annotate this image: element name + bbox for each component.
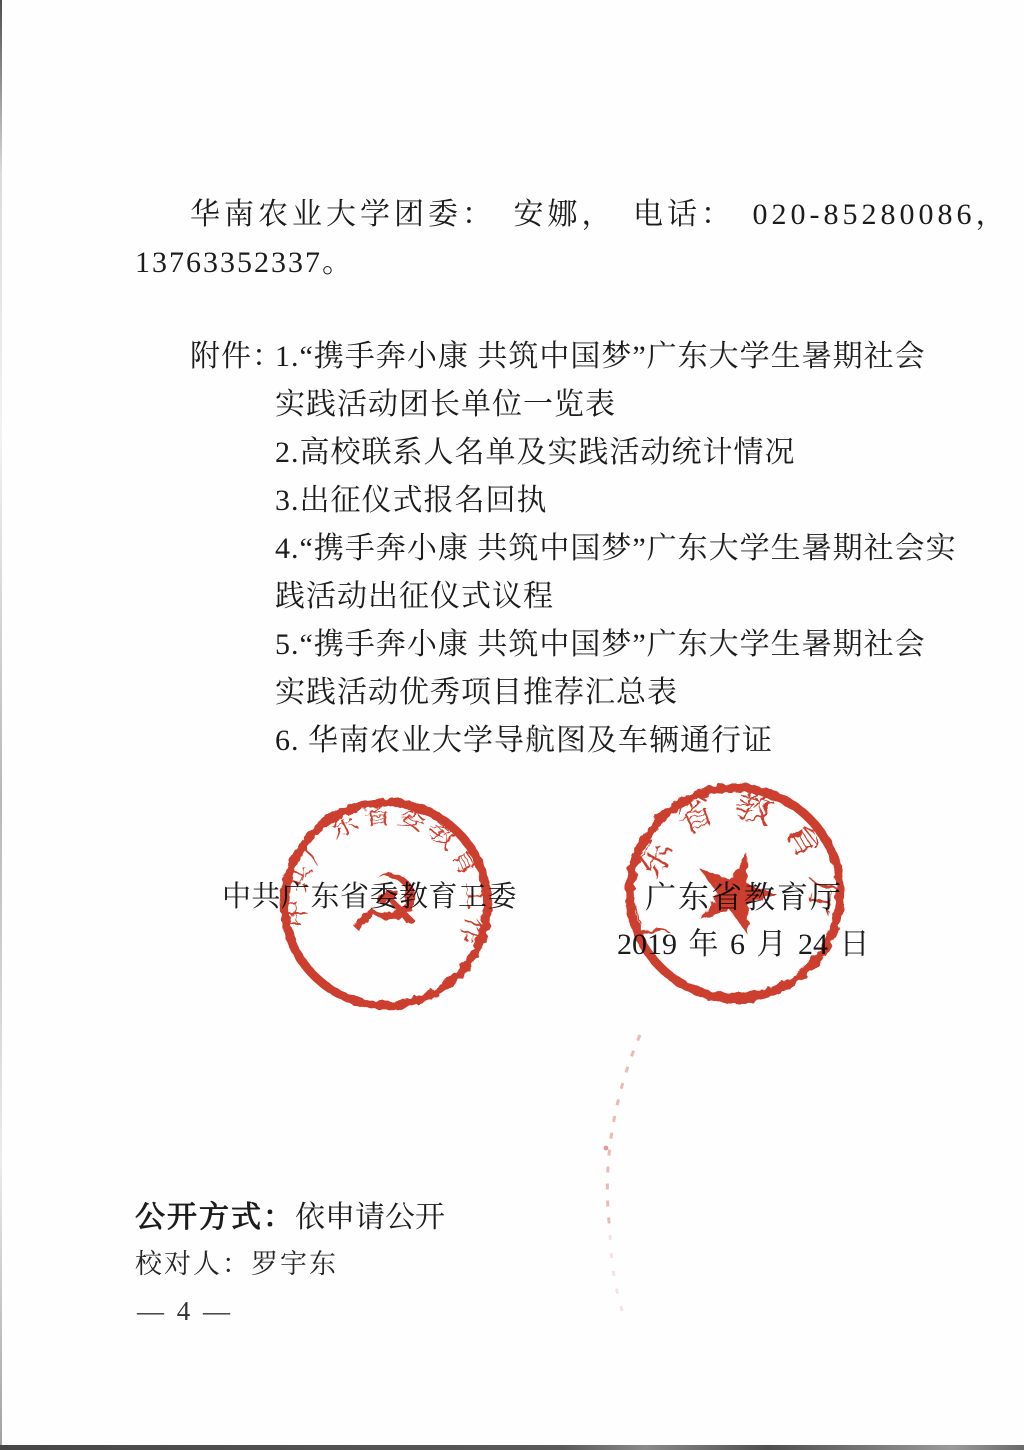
- residue-arc-faint: [610, 1235, 626, 1322]
- residue-dot: [604, 1146, 609, 1151]
- attachment-line: 2.高校联系人名单及实践活动统计情况: [275, 429, 957, 477]
- attachment-line: 践活动出征仪式议程: [275, 573, 957, 621]
- proofreader-label: 校对人：: [135, 1249, 251, 1279]
- attachment-line: 5.“携手奔小康 共筑中国梦”广东大学生暑期社会: [275, 621, 957, 669]
- contact-line-2: 13763352337。: [135, 239, 1010, 287]
- attachments-list: 1.“携手奔小康 共筑中国梦”广东大学生暑期社会 实践活动团长单位一览表 2.高…: [275, 333, 957, 765]
- attachment-line: 实践活动优秀项目推荐汇总表: [275, 669, 957, 717]
- attachments-label: 附件：: [190, 333, 283, 381]
- proofreader-value: 罗宇东: [251, 1249, 338, 1279]
- attachment-line: 6. 华南农业大学导航图及车辆通行证: [275, 717, 957, 765]
- proofreader-line: 校对人：罗宇东: [135, 1242, 338, 1281]
- disclosure-line: 公开方式：依申请公开: [135, 1192, 445, 1236]
- contact-line-1: 华南农业大学团委： 安娜， 电话： 020-85280086，: [135, 191, 1010, 239]
- attachment-line: 3.出征仪式报名回执: [275, 477, 957, 525]
- attachment-line: 实践活动团长单位一览表: [275, 381, 957, 429]
- residue-arc: [607, 1035, 640, 1230]
- attachment-line: 4.“携手奔小康 共筑中国梦”广东大学生暑期社会实: [275, 525, 957, 573]
- scan-edge-left: [0, 0, 2, 1450]
- disclosure-value: 依申请公开: [295, 1201, 445, 1234]
- attachment-line: 1.“携手奔小康 共筑中国梦”广东大学生暑期社会: [275, 333, 957, 381]
- hammer-sickle-icon: ☭: [341, 852, 430, 961]
- page-number: — 4 —: [137, 1296, 233, 1327]
- scan-edge-bottom: [0, 1445, 1024, 1450]
- contact-paragraph: 华南农业大学团委： 安娜， 电话： 020-85280086， 13763352…: [135, 191, 1010, 287]
- disclosure-label: 公开方式：: [135, 1201, 295, 1234]
- official-seal-left: 中共广东省委教育工作委员会 ☭: [270, 788, 502, 1020]
- faint-stamp-residue: [540, 1030, 840, 1330]
- official-seal-right: 广东省教育厅 ★: [617, 775, 853, 1011]
